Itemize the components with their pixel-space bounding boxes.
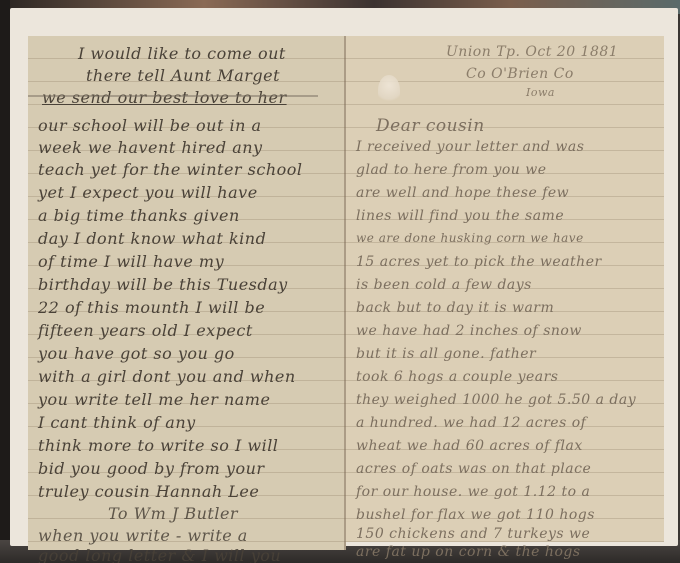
letter-line: bushel for flax we got 110 hogs xyxy=(356,507,595,523)
signature-line: truley cousin Hannah Lee xyxy=(38,482,259,501)
letter-line: yet I expect you will have xyxy=(38,183,258,202)
paper-crease xyxy=(28,95,318,97)
background-left-edge xyxy=(0,0,10,563)
letter-line: is been cold a few days xyxy=(356,277,532,293)
addressee-line: To Wm J Butler xyxy=(108,504,238,523)
letter-line: we have had 2 inches of snow xyxy=(356,323,582,339)
state-line: Iowa xyxy=(526,86,555,99)
letter-line: are fat up on corn & the hogs xyxy=(356,544,581,560)
letter-line: they weighed 1000 he got 5.50 a day xyxy=(356,392,636,408)
salutation: Dear cousin xyxy=(376,116,485,136)
letter-line: are well and hope these few xyxy=(356,185,569,201)
letter-line: I received your letter and was xyxy=(356,139,584,155)
letter-line: glad to here from you we xyxy=(356,162,547,178)
letter-line: bid you good by from your xyxy=(38,459,265,478)
county-line: Co O'Brien Co xyxy=(466,66,574,82)
letter-line: 150 chickens and 7 turkeys we xyxy=(356,526,590,542)
letter-line: 22 of this mounth I will be xyxy=(38,298,265,317)
postscript-line: I would like to come out xyxy=(78,44,286,63)
letter-line: our school will be out in a xyxy=(38,116,262,135)
dateline: Union Tp. Oct 20 1881 xyxy=(446,44,618,60)
letter-left-page: I would like to come out there tell Aunt… xyxy=(28,36,346,550)
letter-line: fifteen years old I expect xyxy=(38,321,253,340)
letter-line: day I dont know what kind xyxy=(38,229,266,248)
letter-right-page: Union Tp. Oct 20 1881 Co O'Brien Co Iowa… xyxy=(346,36,664,542)
letter-line: with a girl dont you and when xyxy=(38,367,296,386)
letter-line: but it is all gone. father xyxy=(356,346,536,362)
letter-line: you write tell me her name xyxy=(38,390,270,409)
letter-line: we are done husking corn we have xyxy=(356,231,584,245)
letter-line: good long letter & I will you xyxy=(38,546,281,563)
letter-line: birthday will be this Tuesday xyxy=(38,275,288,294)
letter-line: lines will find you the same xyxy=(356,208,564,224)
letter-line: think more to write so I will xyxy=(38,436,278,455)
postscript-line: we send our best love to her xyxy=(42,88,287,107)
letter-line: when you write - write a xyxy=(38,526,248,545)
letter-line: took 6 hogs a couple years xyxy=(356,369,559,385)
letter-line: 15 acres yet to pick the weather xyxy=(356,254,602,270)
letter-line: a hundred. we had 12 acres of xyxy=(356,415,586,431)
letter-line: teach yet for the winter school xyxy=(38,160,303,179)
letter-line: you have got so you go xyxy=(38,344,235,363)
letter-line: I cant think of any xyxy=(38,413,196,432)
letter-line: a big time thanks given xyxy=(38,206,240,225)
postscript-line: there tell Aunt Marget xyxy=(86,66,280,85)
letter-line: week we havent hired any xyxy=(38,138,263,157)
letter-line: for our house. we got 1.12 to a xyxy=(356,484,590,500)
letter-line: acres of oats was on that place xyxy=(356,461,591,477)
letter-line: of time I will have my xyxy=(38,252,224,271)
embossed-seal-icon xyxy=(378,75,400,105)
letter-line: back but to day it is warm xyxy=(356,300,554,316)
letter-line: wheat we had 60 acres of flax xyxy=(356,438,583,454)
